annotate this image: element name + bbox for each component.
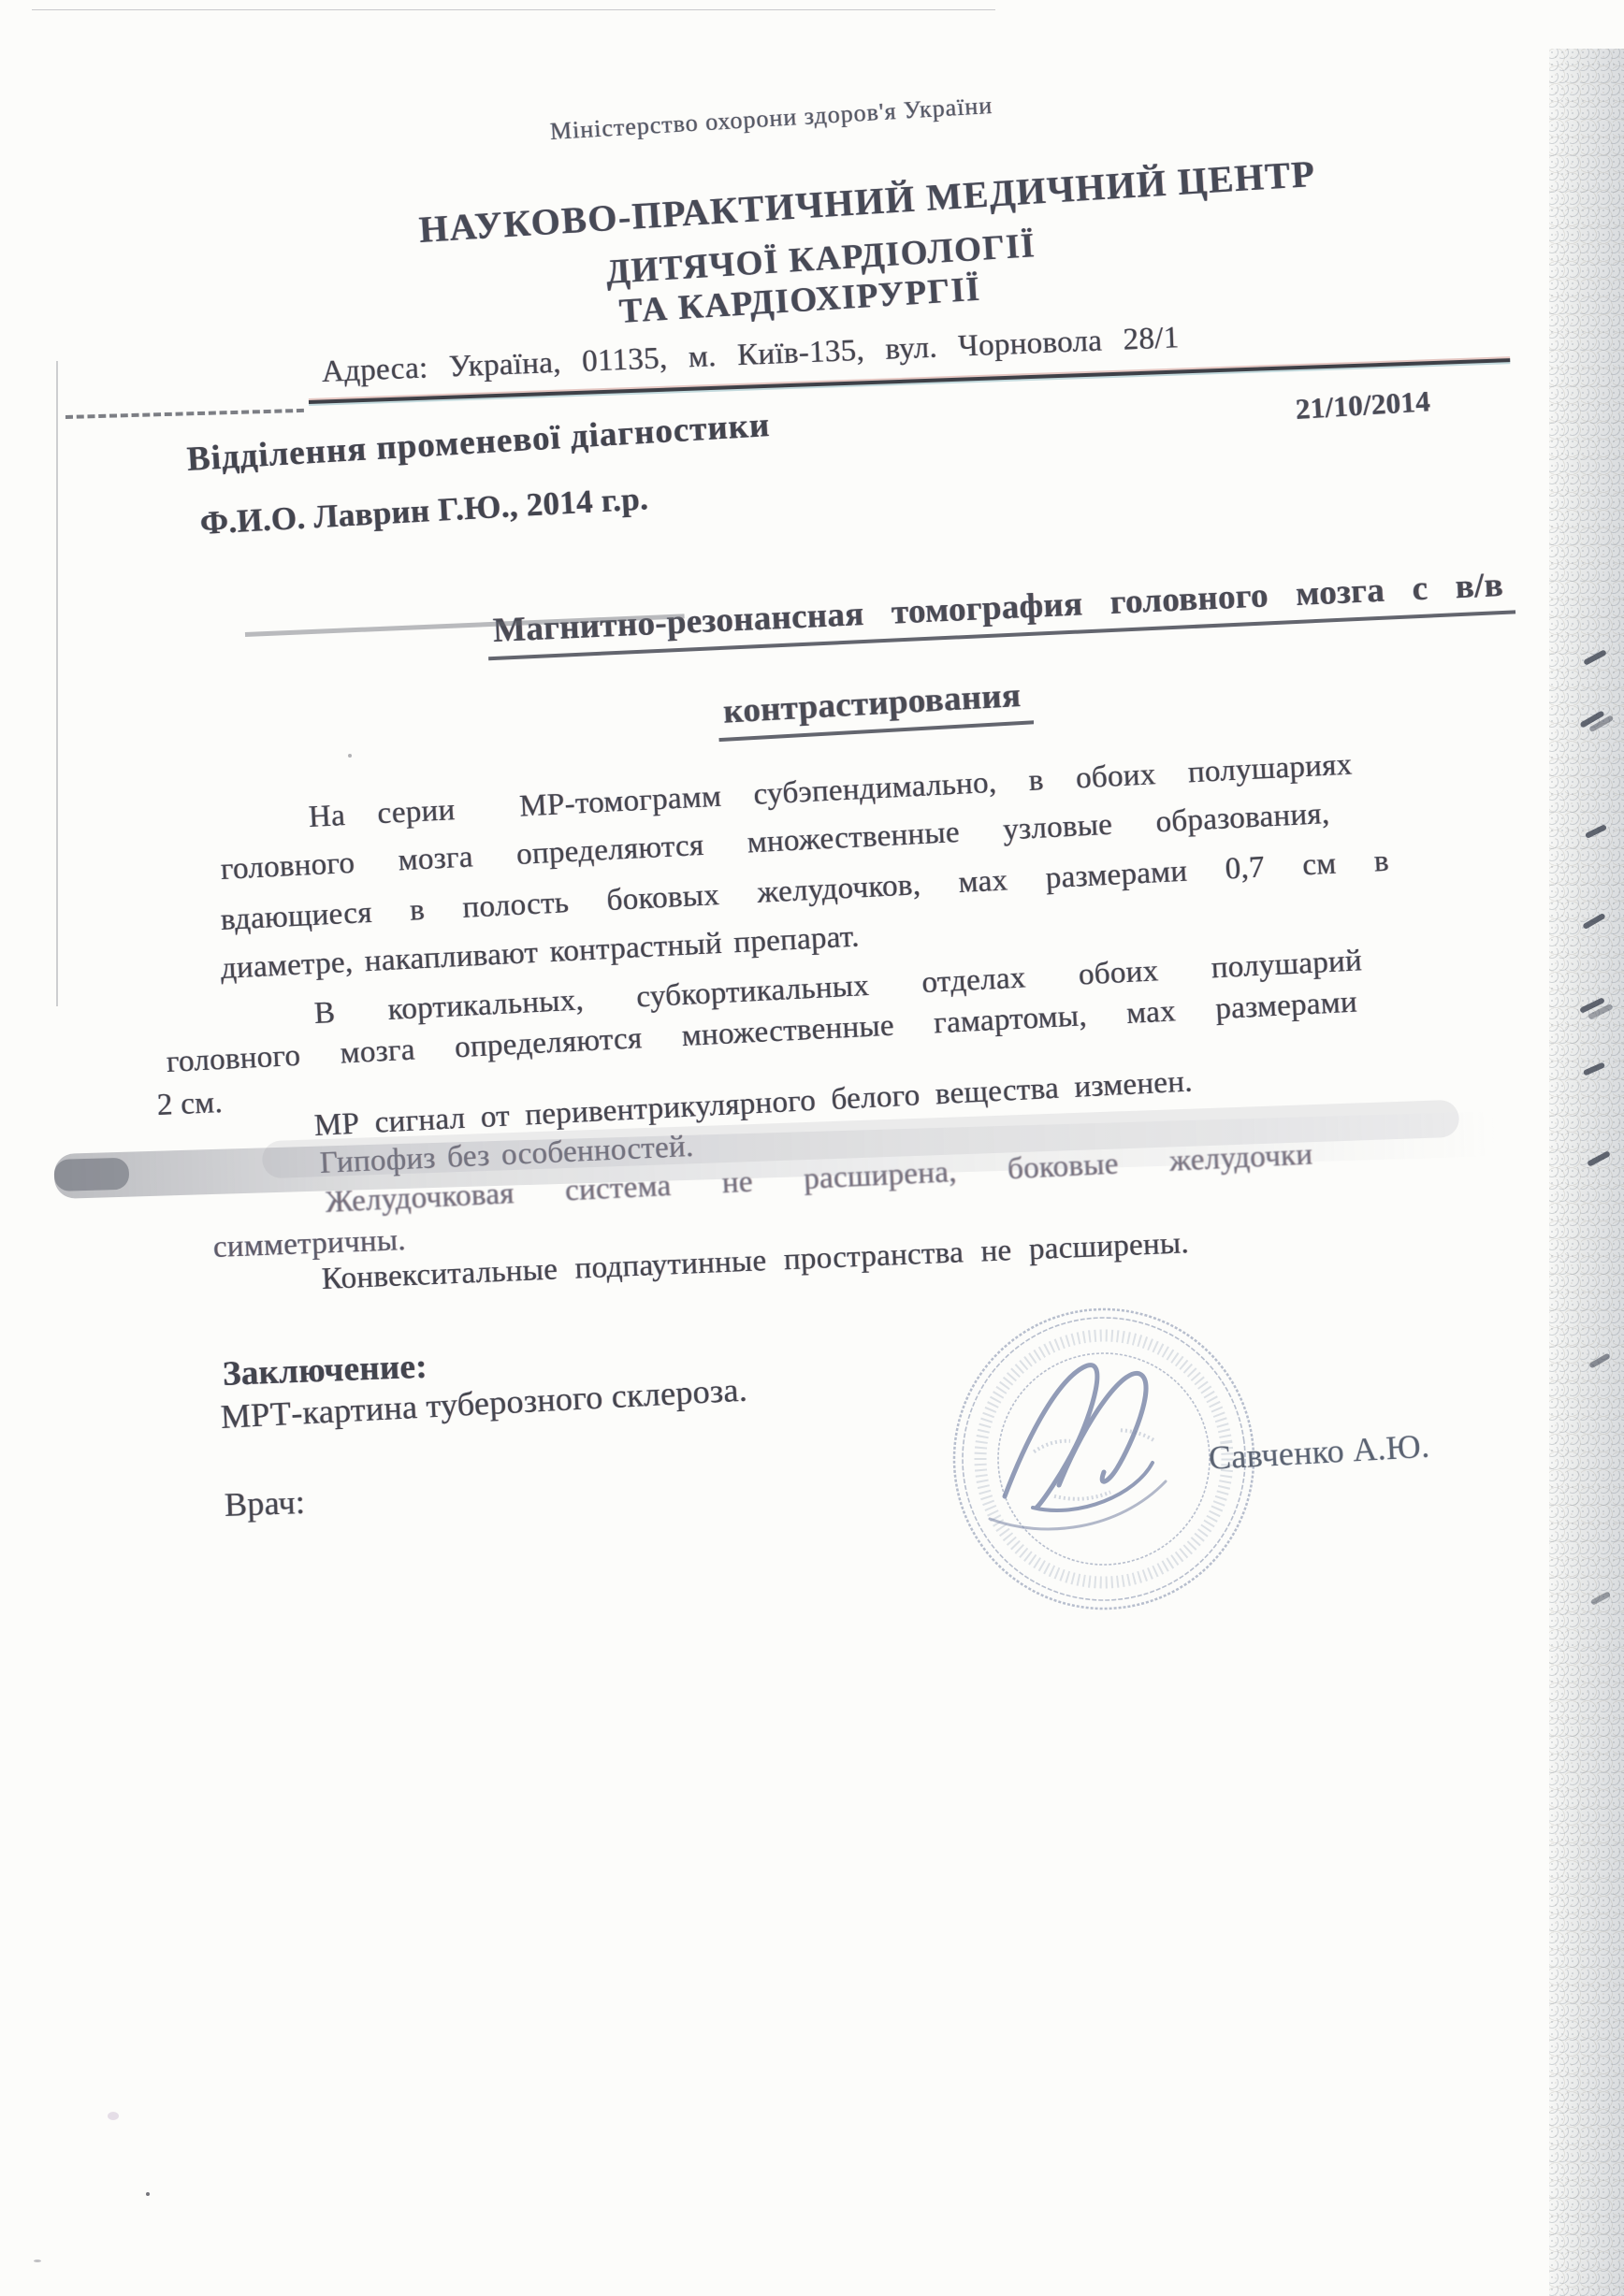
scanned-document-page: Міністерство охорони здоров'я України НА…	[0, 0, 1624, 2296]
address-line: Адреса: Україна, 01135, м. Київ-135, вул…	[321, 321, 1180, 390]
scan-right-edge-shadow	[1549, 49, 1624, 2296]
patient-line: Ф.И.О. Лаврин Г.Ю., 2014 г.р.	[199, 480, 649, 542]
doctor-label: Врач:	[224, 1482, 306, 1524]
paper-speck	[108, 2112, 119, 2120]
paper-speck	[146, 2192, 150, 2196]
study-title-line2-text: контрастирования	[717, 675, 1034, 742]
ministry-line: Міністерство охорони здоров'я України	[549, 92, 993, 146]
findings-line-12: Конвекситальные подпаутинные пространств…	[321, 1226, 1189, 1297]
address-underline-dashes	[65, 409, 304, 419]
scan-top-edge-line	[32, 9, 995, 10]
paper-speck	[34, 2260, 41, 2262]
department-line: Відділення променевої діагностики	[186, 405, 772, 480]
signature-scrawl	[990, 1365, 1166, 1529]
findings-line-7: 2 см.	[156, 1086, 224, 1123]
study-title-line2: контрастирования	[666, 634, 1035, 774]
paper-speck	[348, 754, 352, 758]
scan-left-fold-line	[56, 361, 58, 1006]
report-date: 21/10/2014	[1295, 384, 1431, 426]
findings-line-11: симметричны.	[212, 1223, 406, 1265]
